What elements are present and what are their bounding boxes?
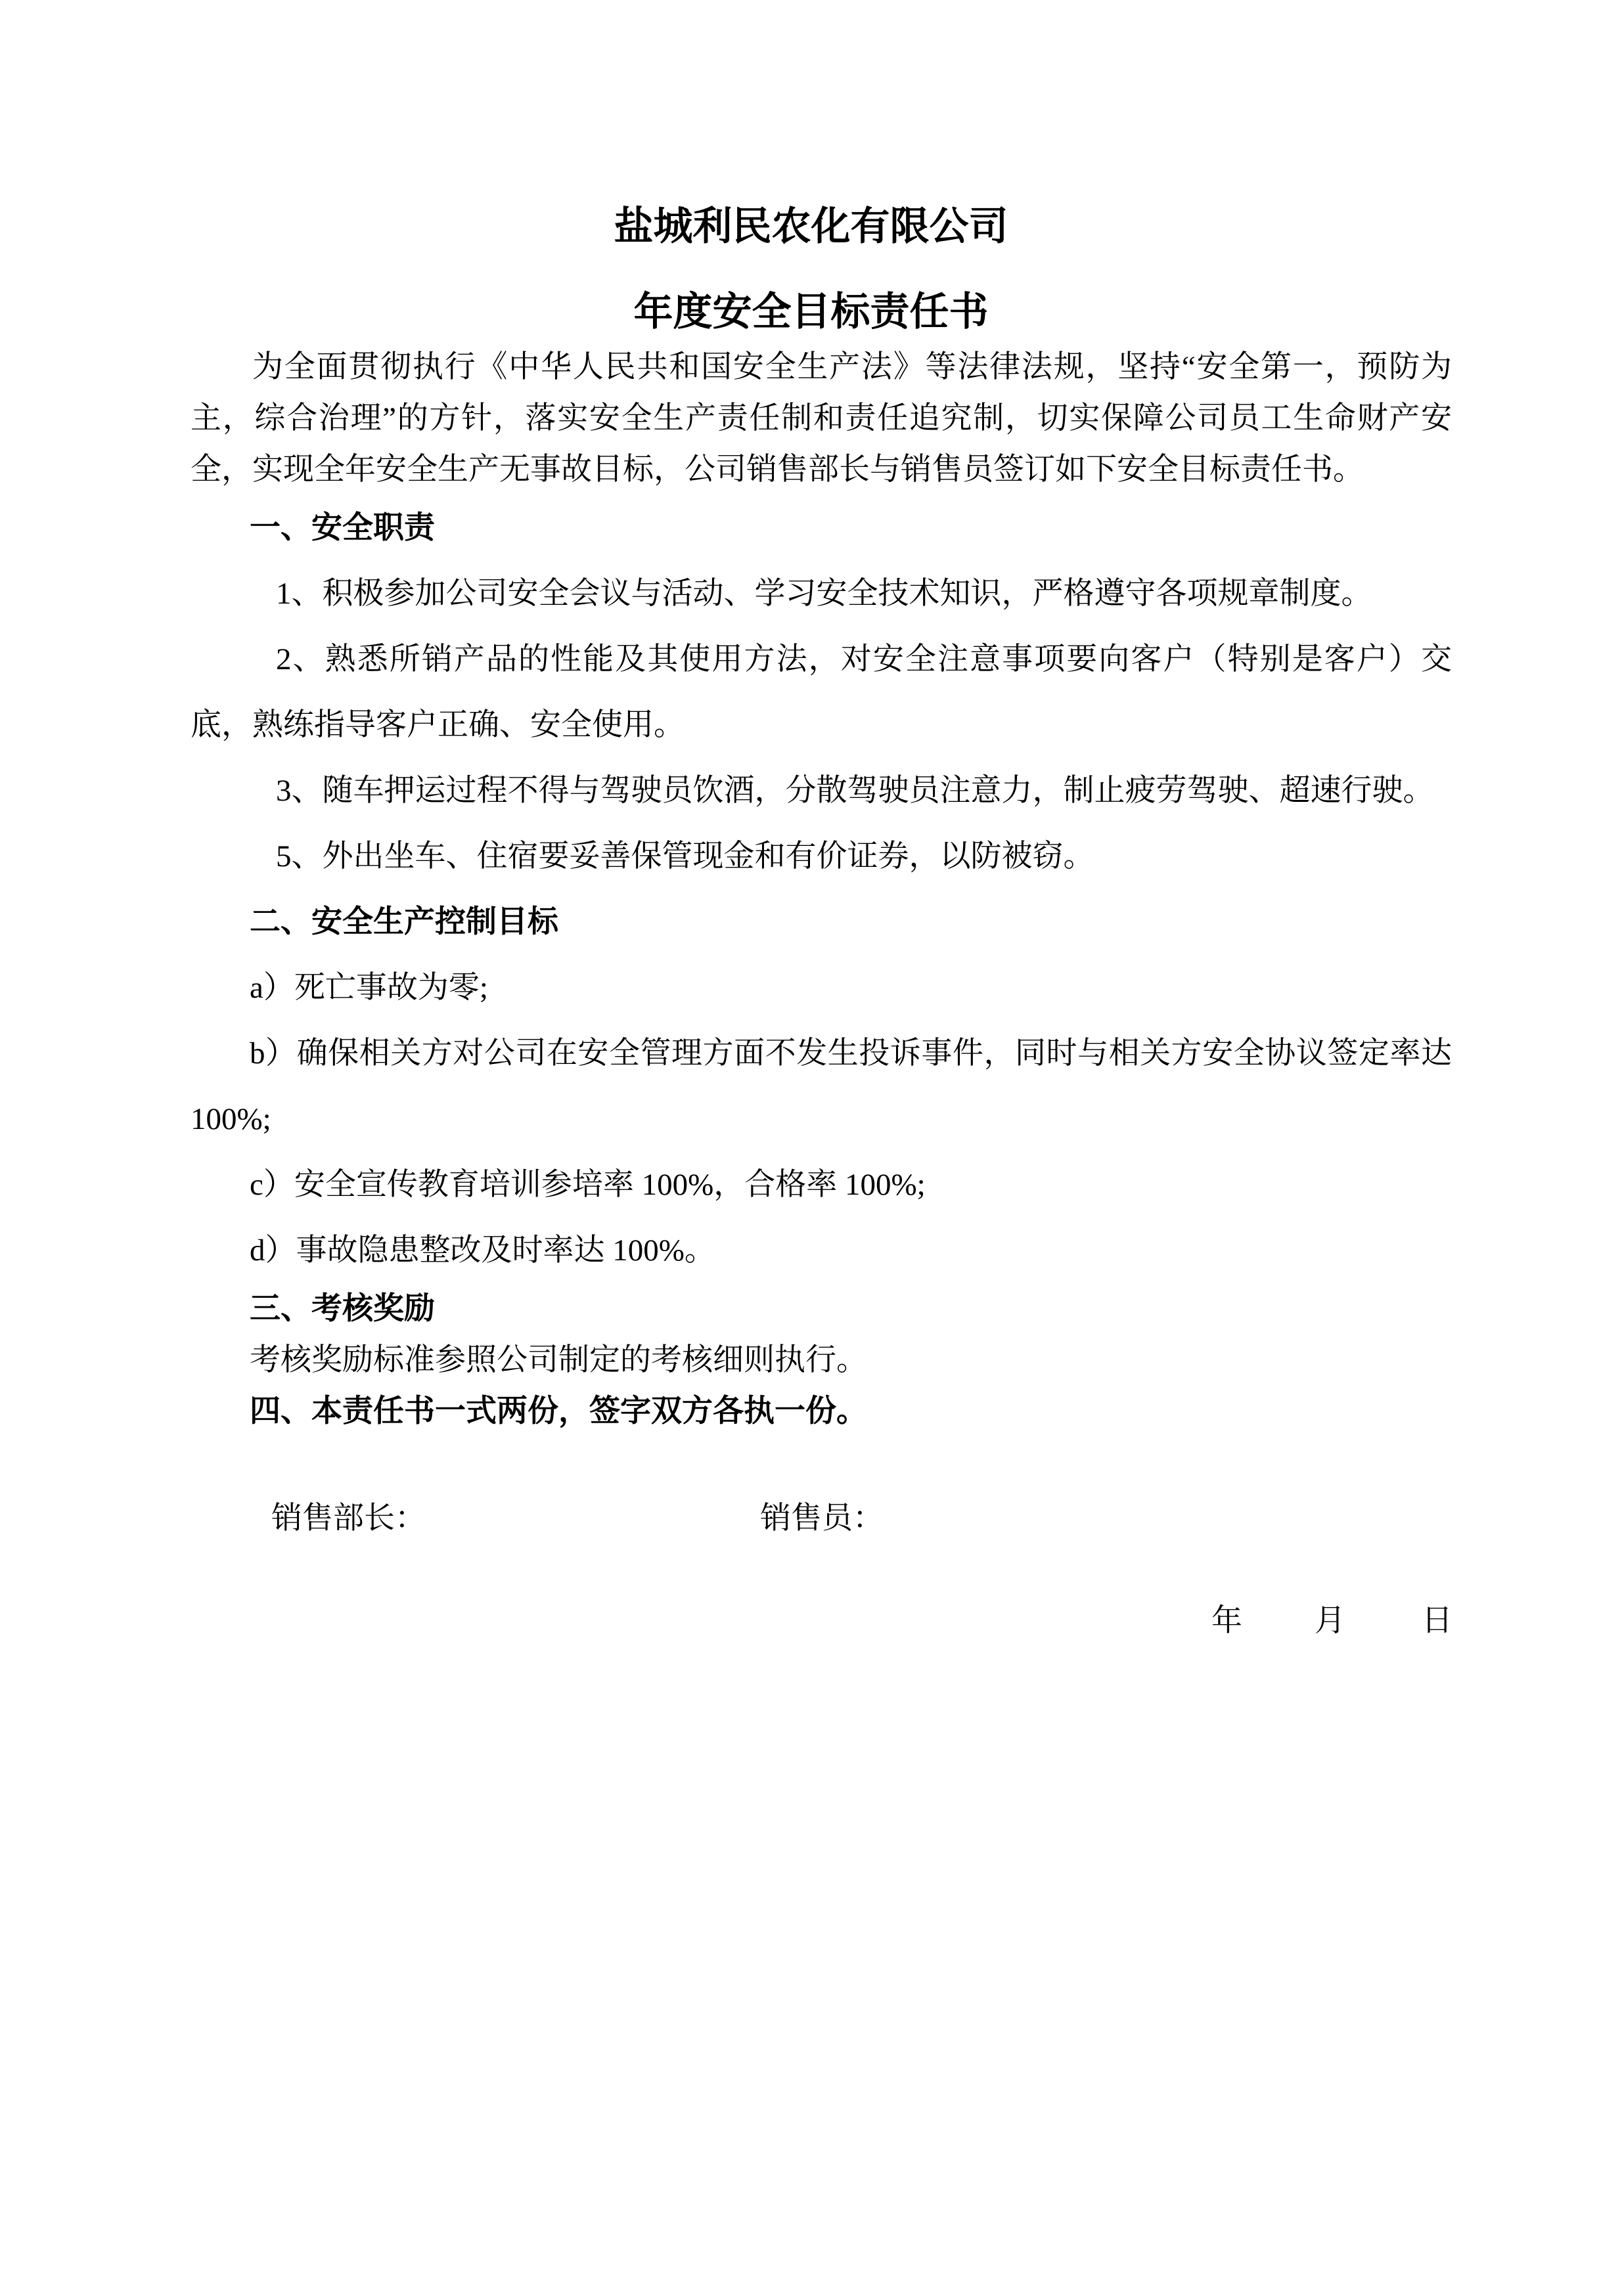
section3-heading: 三、考核奖励 [191,1283,1452,1335]
section1-item-3: 3、随车押运过程不得与驾驶员饮酒，分散驾驶员注意力，制止疲劳驾驶、超速行驶。 [191,758,1452,824]
section2-item-a: a）死亡事故为零; [191,955,1452,1021]
section1-item-5: 5、外出坐车、住宿要妥善保管现金和有价证券，以防被窃。 [191,824,1452,889]
company-title: 盐城利民农化有限公司 [0,0,1622,256]
document-page: 盐城利民农化有限公司 年度安全目标责任书 为全面贯彻执行《中华人民共和国安全生产… [0,0,1622,2296]
salesperson-label: 销售员： [760,1493,884,1544]
document-body: 为全面贯彻执行《中华人民共和国安全生产法》等法律法规，坚持“安全第一，预防为主，… [191,342,1452,1646]
day-label: 日 [1422,1595,1453,1646]
section2-heading: 二、安全生产控制目标 [191,889,1452,955]
sales-manager-label: 销售部长： [271,1493,426,1544]
date-line: 年 月 日 [191,1595,1452,1646]
section2-item-b: b）确保相关方对公司在安全管理方面不发生投诉事件，同时与相关方安全协议签定率达 … [191,1021,1452,1152]
section2-item-d: d）事故隐患整改及时率达 100%。 [191,1218,1452,1283]
intro-paragraph: 为全面贯彻执行《中华人民共和国安全生产法》等法律法规，坚持“安全第一，预防为主，… [191,342,1452,495]
section2-item-c: c）安全宣传教育培训参培率 100%，合格率 100%; [191,1152,1452,1218]
section1-item-1: 1、积极参加公司安全会议与活动、学习安全技术知识，严格遵守各项规章制度。 [191,561,1452,627]
section1-heading: 一、安全职责 [191,495,1452,561]
section4-heading: 四、本责任书一式两份，签字双方各执一份。 [191,1386,1452,1437]
section3-body: 考核奖励标准参照公司制定的考核细则执行。 [191,1335,1452,1386]
section1-item-2: 2、熟悉所销产品的性能及其使用方法，对安全注意事项要向客户（特别是客户）交底，熟… [191,627,1452,758]
month-label: 月 [1315,1595,1345,1646]
signature-row: 销售部长： 销售员： [191,1493,1452,1544]
year-label: 年 [1211,1595,1242,1646]
document-title: 年度安全目标责任书 [0,282,1622,342]
